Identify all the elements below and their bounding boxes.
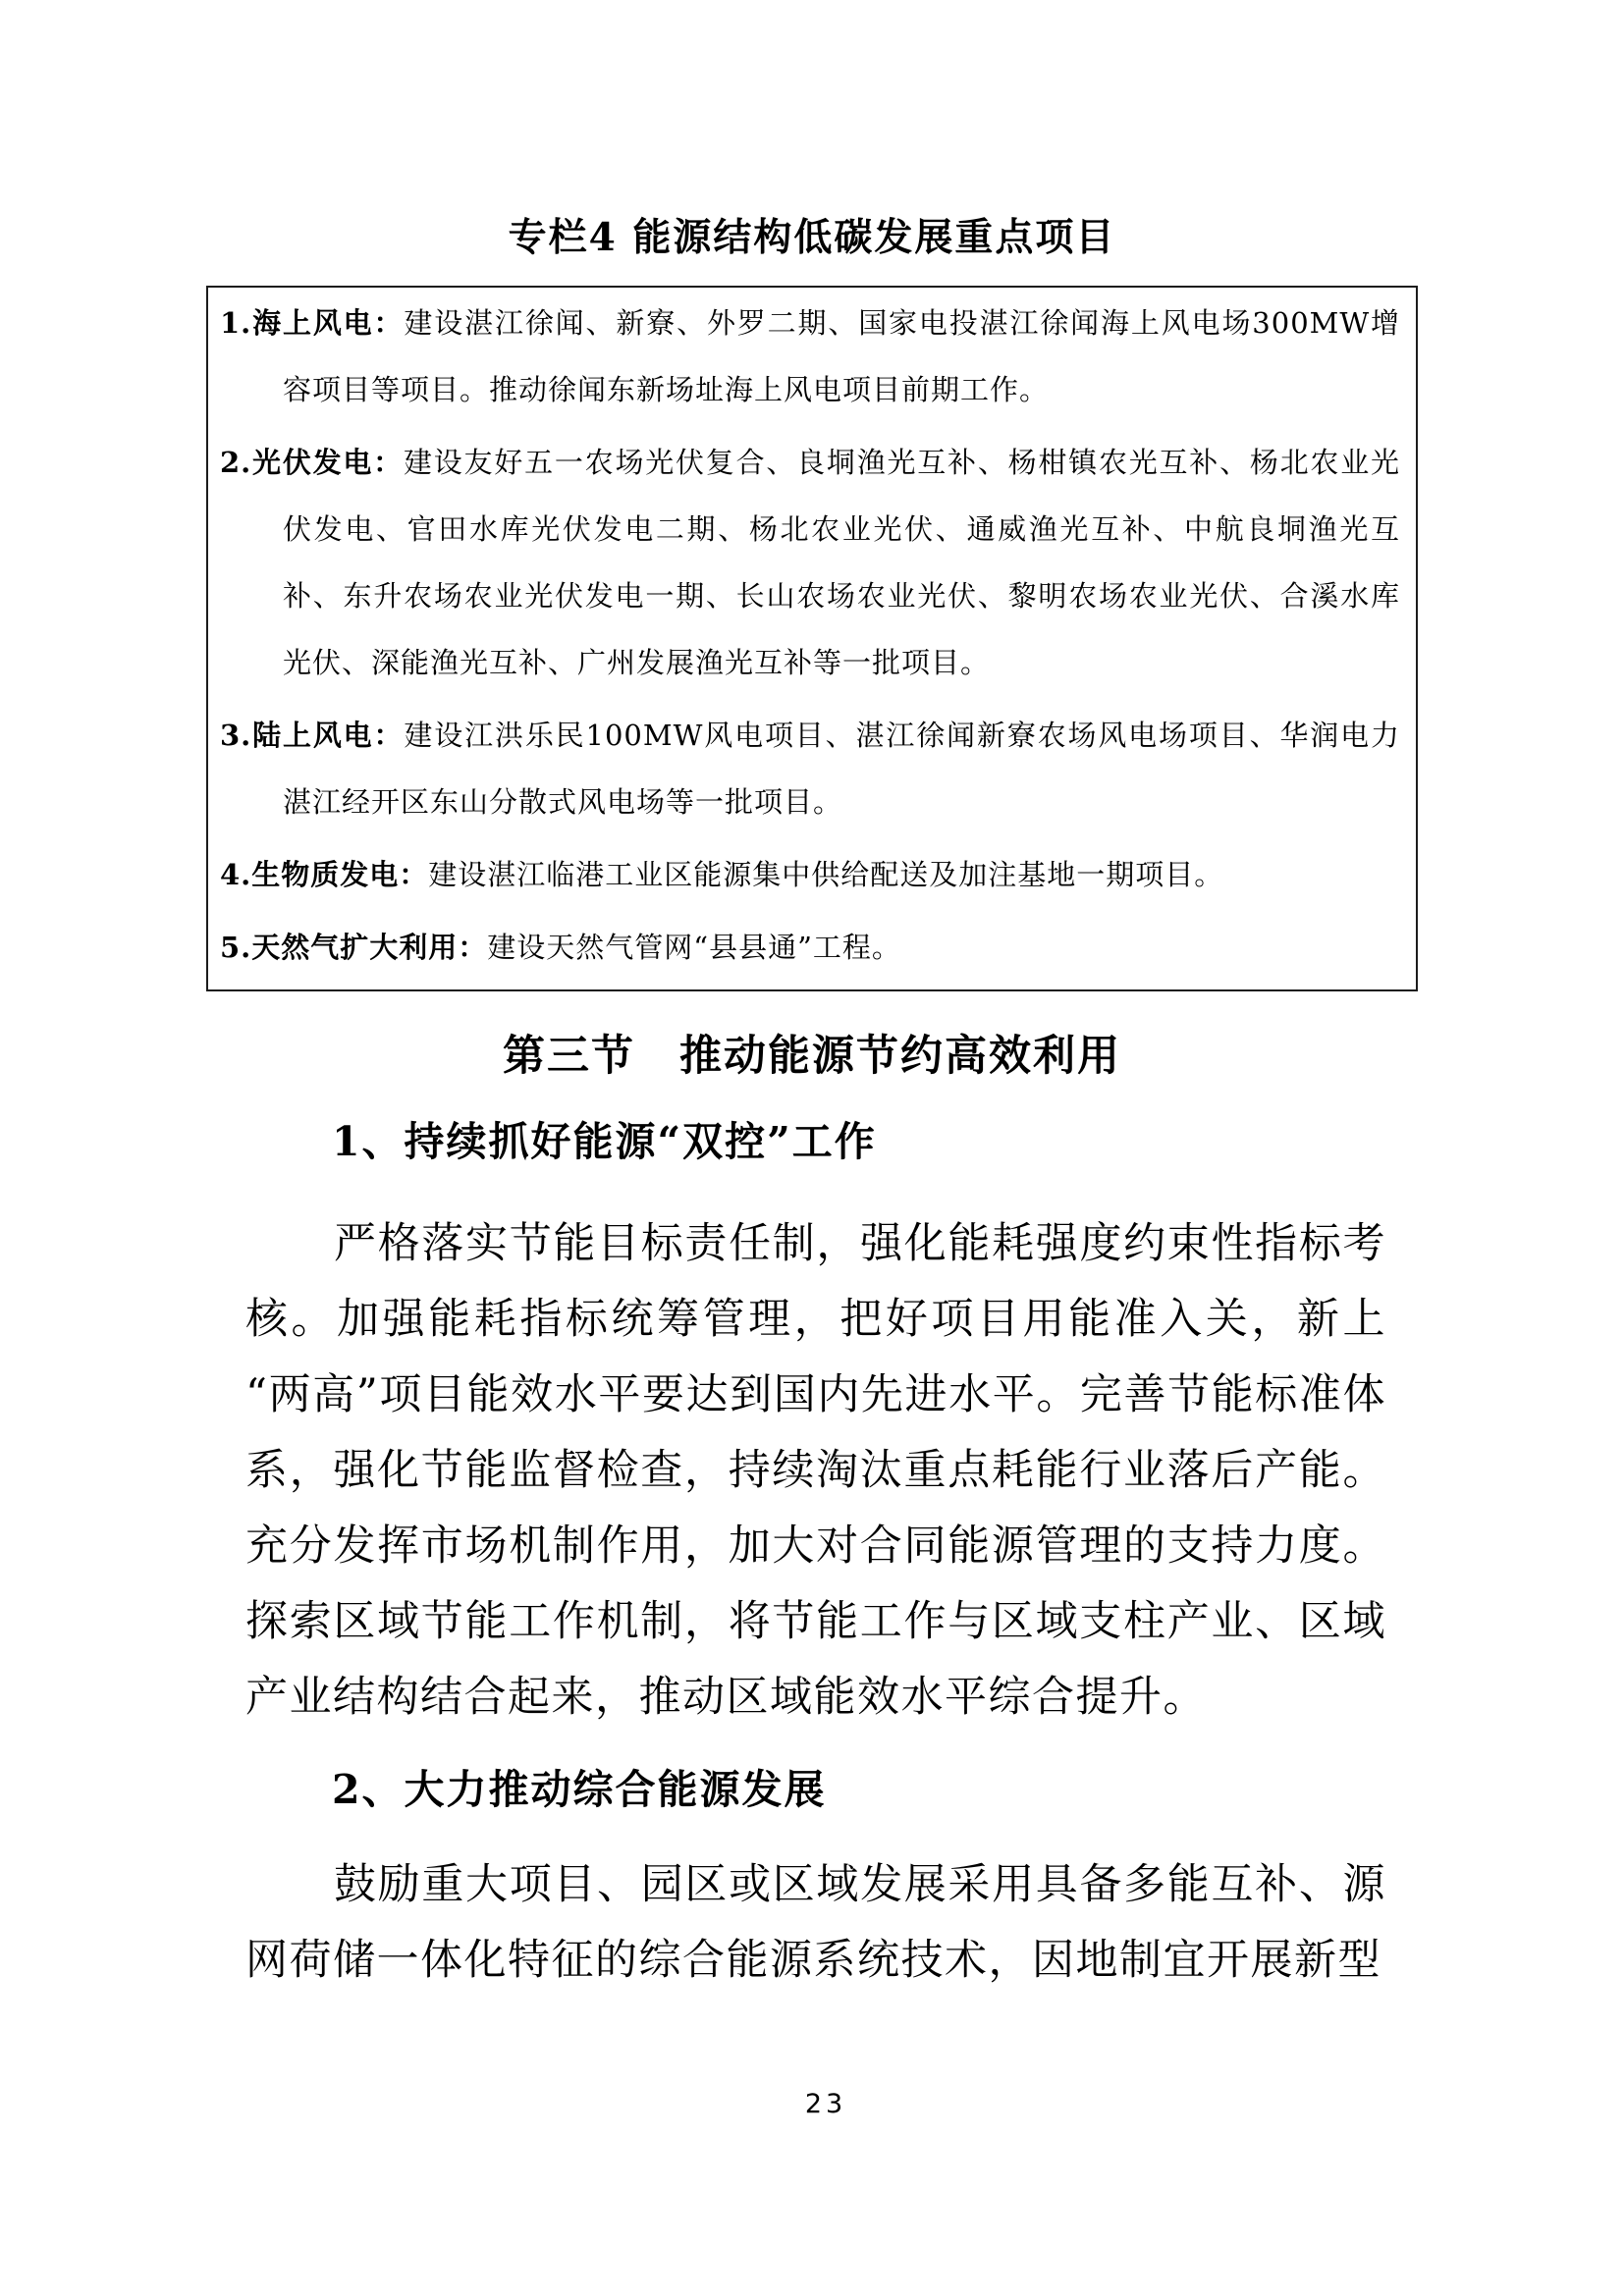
callout-item-text: 建设天然气管网“县县通”工程。 <box>487 931 901 964</box>
callout-item-text: 建设江洪乐民100MW风电项目、湛江徐闻新寮农场风电场项目、华润电力湛江经开区东… <box>283 719 1400 819</box>
callout-box: 1.海上风电：建设湛江徐闻、新寮、外罗二期、国家电投湛江徐闻海上风电场300MW… <box>206 286 1418 991</box>
callout-item-biomass-power: 4.生物质发电：建设湛江临港工业区能源集中供给配送及加注基地一期项目。 <box>220 841 1400 908</box>
callout-item-label: 3.陆上风电： <box>220 719 404 752</box>
callout-item-natural-gas: 5.天然气扩大利用：建设天然气管网“县县通”工程。 <box>220 914 1400 981</box>
callout-item-label: 4.生物质发电： <box>220 858 428 891</box>
subsection-heading-2: 2、大力推动综合能源发展 <box>245 1761 1386 1818</box>
callout-item-label: 2.光伏发电： <box>220 446 404 479</box>
callout-box-title: 专栏4 能源结构低碳发展重点项目 <box>0 212 1624 263</box>
document-page: 专栏4 能源结构低碳发展重点项目 1.海上风电：建设湛江徐闻、新寮、外罗二期、国… <box>0 0 1624 2296</box>
callout-item-text: 建设湛江徐闻、新寮、外罗二期、国家电投湛江徐闻海上风电场300MW增容项目等项目… <box>283 306 1400 406</box>
callout-item-text: 建设湛江临港工业区能源集中供给配送及加注基地一期项目。 <box>428 858 1223 891</box>
paragraph-1: 严格落实节能目标责任制，强化能耗强度约束性指标考核。加强能耗指标统筹管理，把好项… <box>245 1206 1386 1736</box>
subsection-heading-1: 1、持续抓好能源“双控”工作 <box>245 1113 1386 1170</box>
callout-item-onshore-wind: 3.陆上风电：建设江洪乐民100MW风电项目、湛江徐闻新寮农场风电场项目、华润电… <box>220 702 1400 835</box>
callout-item-text: 建设友好五一农场光伏复合、良垌渔光互补、杨柑镇农光互补、杨北农业光伏发电、官田水… <box>283 446 1400 679</box>
page-number: 23 <box>14 2089 1624 2119</box>
callout-item-offshore-wind: 1.海上风电：建设湛江徐闻、新寮、外罗二期、国家电投湛江徐闻海上风电场300MW… <box>220 290 1400 423</box>
callout-item-solar-power: 2.光伏发电：建设友好五一农场光伏复合、良垌渔光互补、杨柑镇农光互补、杨北农业光… <box>220 429 1400 696</box>
callout-item-label: 1.海上风电： <box>220 306 404 340</box>
paragraph-2: 鼓励重大项目、园区或区域发展采用具备多能互补、源网荷储一体化特征的综合能源系统技… <box>245 1847 1386 2000</box>
section-title: 第三节 推动能源节约高效利用 <box>0 1027 1624 1086</box>
callout-item-label: 5.天然气扩大利用： <box>220 931 487 964</box>
